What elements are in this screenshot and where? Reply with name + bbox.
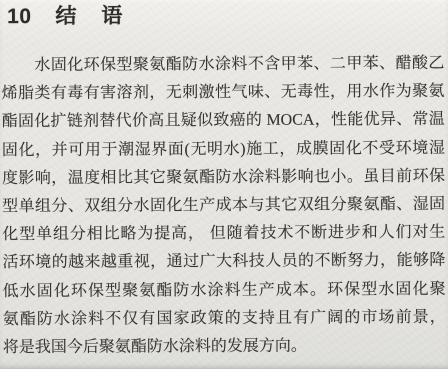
body-line: 固化，并可用于潮湿界面(无明水)施工，成膜固化不受环境湿 xyxy=(2,134,445,165)
body-line: 氨酯防水涂料不仅有国家政策的支持且有广阔的市场前景， xyxy=(3,304,446,335)
section-heading: 10 结 语 xyxy=(0,2,447,30)
body-line: 化型单组分相比略为提高， 但随着技术不断进步和人们对生 xyxy=(2,219,445,250)
body-line: 活环境的越来越重视，通过广大科技人员的不断努力，能够降 xyxy=(2,247,445,278)
body-line: 度影响，温度相比其它聚氨酯防水涂料影响也小。虽目前环保 xyxy=(2,163,445,194)
body-line: 酯固化扩链剂替代价高且疑似致癌的 MOCA，性能优异、常温 xyxy=(2,106,445,137)
body-line: 型单组分、双组分水固化生产成本与其它双组分聚氨酯、湿固 xyxy=(2,191,445,222)
section-title: 结 语 xyxy=(55,4,123,30)
body-line: 烯脂类有毒有害溶剂，无刺激性气味、无毒性，用水作为聚氨 xyxy=(1,78,444,109)
scanned-document-page: 10 结 语 水固化环保型聚氨酯防水涂料不含甲苯、二甲苯、醋酸乙 烯脂类有毒有害… xyxy=(0,0,448,369)
section-number: 10 xyxy=(7,4,31,30)
body-line: 将是我国今后聚氨酯防水涂料的发展方向。 xyxy=(3,332,446,363)
body-line: 低水固化环保型聚氨酯防水涂料生产成本。环保型水固化聚 xyxy=(3,275,446,306)
page-content: 10 结 语 水固化环保型聚氨酯防水涂料不含甲苯、二甲苯、醋酸乙 烯脂类有毒有害… xyxy=(0,0,448,362)
body-paragraph: 水固化环保型聚氨酯防水涂料不含甲苯、二甲苯、醋酸乙 烯脂类有毒有害溶剂，无刺激性… xyxy=(0,50,448,362)
body-line: 水固化环保型聚氨酯防水涂料不含甲苯、二甲苯、醋酸乙 xyxy=(1,50,444,81)
